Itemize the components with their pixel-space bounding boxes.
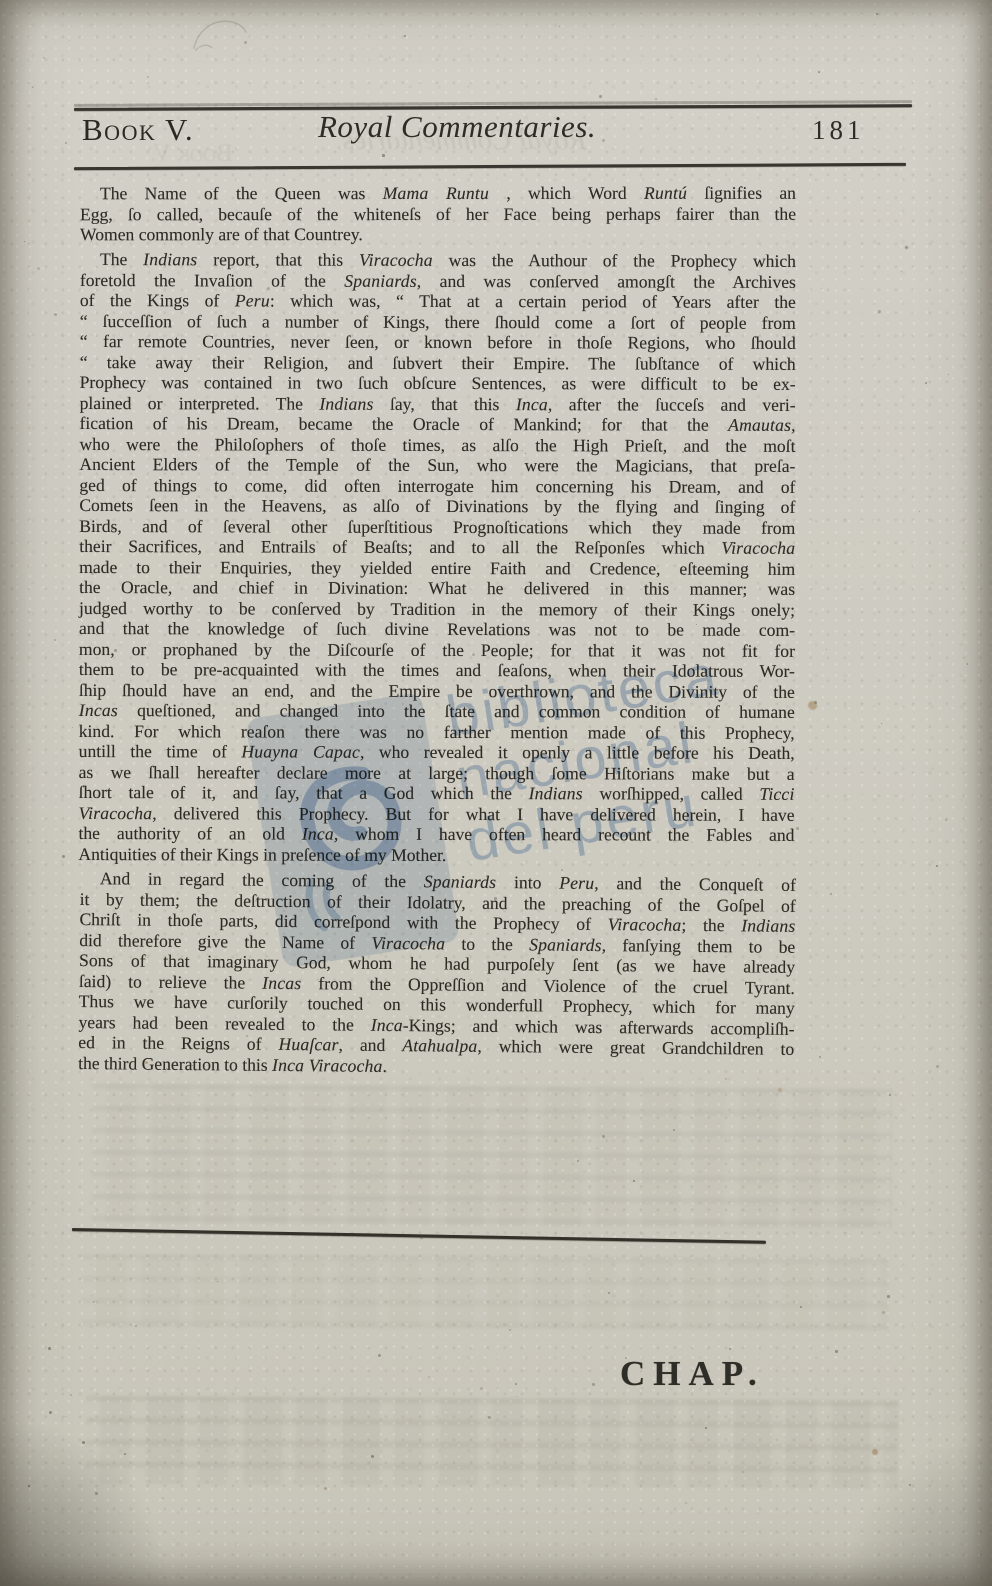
speck (428, 1376, 430, 1378)
text-line: mon, or prophaned by the Diſcourſe of th… (79, 638, 795, 660)
speck (72, 727, 73, 728)
speck (945, 819, 947, 821)
text-line: them to be pre-acquainted with the times… (79, 658, 795, 680)
speck (577, 1160, 579, 1162)
speck (901, 271, 902, 272)
speck (821, 288, 822, 289)
speck (49, 1411, 52, 1414)
stain (905, 246, 908, 249)
speck (516, 1396, 517, 1397)
speck (180, 1104, 181, 1105)
text-line: Birds, and of ſeveral other ſuperſtitiou… (79, 515, 795, 537)
speck (796, 827, 799, 830)
speck (82, 1441, 85, 1444)
speck (559, 26, 560, 27)
running-title: Royal Commentaries. (318, 109, 596, 145)
speck (705, 1427, 707, 1429)
speck (62, 855, 65, 858)
speck (818, 71, 820, 73)
stain (872, 1449, 878, 1455)
pencil-squiggle (188, 10, 250, 58)
speck (65, 142, 67, 144)
text-line: their Sacrifices, and Entrails of Beaſts… (79, 535, 795, 557)
speck (729, 1348, 731, 1350)
speck (602, 1135, 605, 1138)
speck (371, 1455, 374, 1458)
text-line: judged worthy to be conſerved by Traditi… (79, 597, 795, 619)
speck (597, 1148, 598, 1149)
paragraph: The Name of the Queen was Mama Runtu , w… (80, 183, 796, 245)
text-line: kind. For which reaſon there was no fart… (79, 720, 795, 742)
bleedthrough-text-middle (82, 1254, 888, 1330)
speck (162, 1497, 164, 1499)
speck (685, 1502, 687, 1504)
speck (599, 95, 602, 98)
speck (488, 1416, 491, 1419)
speck (174, 1539, 175, 1540)
text-line: Ancient Elders of the Temple of the Sun,… (79, 453, 795, 475)
text-line: foretold the Invaſion of the Spaniards, … (80, 269, 796, 291)
speck (961, 222, 962, 223)
text-line: the authority of an old Inca, whom I hav… (78, 822, 794, 844)
bleedthrough-text-lower (86, 1396, 899, 1489)
speck (797, 1373, 798, 1374)
speck (17, 1016, 18, 1017)
speck (382, 154, 385, 157)
text-line: The Name of the Queen was Mama Runtu , w… (80, 183, 796, 204)
speck (48, 1347, 51, 1350)
speck (936, 865, 938, 867)
text-line: fication of his Dream, became the Oracle… (80, 412, 796, 434)
speck (24, 241, 25, 242)
text-line: plained or interpreted. The Indians ſay,… (80, 392, 796, 414)
speck (919, 511, 920, 512)
speck (881, 723, 882, 724)
speck (408, 1130, 409, 1131)
speck (69, 40, 70, 41)
speck (835, 1350, 838, 1353)
text-line: ſhip ſhould have an end, and the Empire … (79, 679, 795, 701)
speck (655, 98, 657, 100)
page-number: 181 (812, 115, 865, 146)
speck (742, 1471, 744, 1473)
speck (936, 1065, 939, 1068)
speck (28, 1485, 30, 1487)
speck (135, 1325, 137, 1327)
paragraph: And in regard the coming of the Spaniard… (78, 868, 796, 1080)
text-line: The Indians report, that this Viracocha … (80, 249, 796, 271)
speck (800, 1306, 802, 1308)
speck (874, 1330, 875, 1331)
body-text: The Name of the Queen was Mama Runtu , w… (80, 183, 796, 1073)
speck (54, 639, 56, 641)
speck (819, 1056, 821, 1058)
speck (878, 310, 881, 313)
speck (147, 76, 149, 78)
speck (70, 1394, 72, 1396)
speck (54, 313, 57, 316)
text-line: the Oracle, and chief in Divination: Wha… (79, 576, 795, 598)
speck (602, 139, 605, 142)
speck (378, 1354, 381, 1357)
text-line: ged of things to come, did often interro… (79, 474, 795, 496)
speck (43, 57, 45, 59)
speck (515, 1383, 517, 1385)
speck (830, 893, 832, 895)
speck (966, 663, 968, 665)
catchword: CHAP. (620, 1354, 765, 1394)
text-line: “ ſucceſſion of ſuch a number of Kings, … (80, 310, 796, 332)
speck (9, 1368, 10, 1369)
speck (665, 1497, 666, 1498)
header-rule-bottom (74, 163, 906, 170)
speck (217, 1281, 218, 1282)
speck (608, 1292, 610, 1294)
speck (389, 57, 390, 58)
speck (826, 649, 827, 650)
speck (633, 1180, 635, 1182)
section-end-rule (72, 1228, 766, 1244)
speck (37, 267, 40, 270)
speck (819, 3, 820, 4)
speck (404, 35, 406, 37)
speck (948, 374, 949, 375)
book-page-scan: Royal Commentaries. Book V. Book V. Roya… (0, 0, 992, 1586)
speck (509, 1329, 511, 1331)
speck (65, 1416, 66, 1417)
speck (124, 1453, 126, 1455)
text-line: Prophecy was contained in two ſuch obſcu… (80, 371, 796, 393)
speck (592, 1383, 595, 1386)
text-line: and that the knowledge of ſuch divine Re… (79, 617, 795, 639)
speck (673, 1129, 675, 1131)
speck (876, 13, 878, 15)
text-line: Comets ſeen in the Heavens, as alſo of D… (79, 494, 795, 516)
speck (909, 1484, 911, 1486)
speck (887, 1295, 890, 1298)
text-line: Incas queſtioned, and changed into the ſ… (79, 699, 795, 721)
speck (93, 1301, 95, 1303)
bleedthrough-text-upper (92, 1083, 893, 1229)
text-line: Viracocha, delivered this Prophecy. But … (78, 802, 794, 824)
stain (778, 1088, 782, 1092)
speck (814, 701, 817, 704)
speck (324, 1487, 327, 1490)
paragraph: The Indians report, that this Viracocha … (78, 249, 796, 866)
speck (889, 1094, 891, 1096)
book-label: Book V. (82, 112, 194, 148)
text-line: of the Kings of Peru: which was, “ That … (80, 289, 796, 311)
stain (808, 701, 817, 710)
text-line: “ far remote Countries, never ſeen, or k… (80, 330, 796, 352)
text-line: “ take away their Religion, and ſubvert … (80, 351, 796, 373)
text-line: Antiquities of their Kings in preſence o… (78, 843, 794, 865)
text-line: made to their Enquiries, they yielded en… (79, 556, 795, 578)
speck (882, 1311, 885, 1314)
text-line: as we ſhall hereafter declare more at la… (79, 761, 795, 783)
speck (95, 1492, 98, 1495)
text-line: Egg, ſo called, becauſe of the whiteneſs… (80, 203, 796, 224)
speck (925, 382, 927, 384)
text-line: Women commonly are of that Countrey. (80, 224, 796, 245)
speck (480, 1387, 483, 1390)
text-line: untill the time of Huayna Capac, who rev… (79, 740, 795, 762)
speck (32, 87, 33, 88)
text-line: ſhort tale of it, and ſay, that a God wh… (79, 781, 795, 803)
text-line: who were the Philoſophers of thoſe times… (79, 433, 795, 455)
speck (490, 1203, 491, 1204)
